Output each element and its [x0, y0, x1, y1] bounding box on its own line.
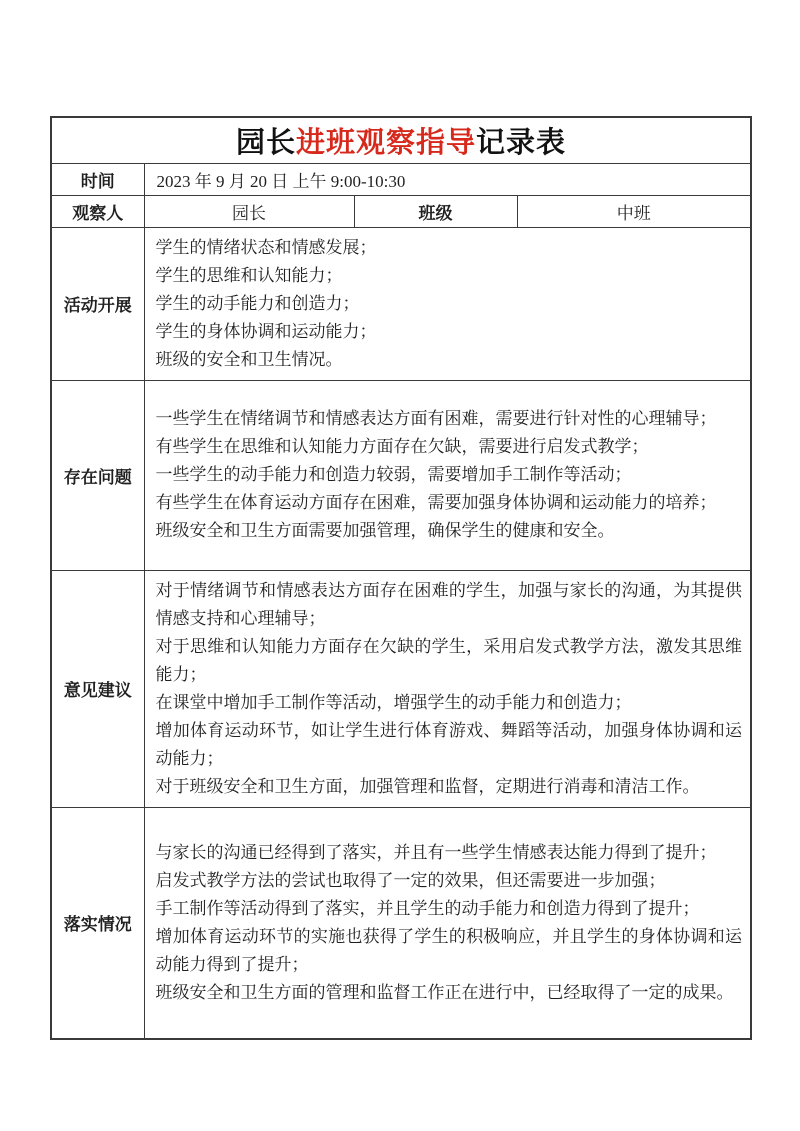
- content-line: 学生的身体协调和运动能力；: [156, 318, 743, 346]
- content-line: 对于班级安全和卫生方面，加强管理和监督，定期进行消毒和清洁工作。: [156, 773, 743, 801]
- content-line: 与家长的沟通已经得到了落实，并且有一些学生情感表达能力得到了提升；: [156, 839, 743, 867]
- content-line: 一些学生在情绪调节和情感表达方面有困难，需要进行针对性的心理辅导；: [156, 405, 743, 433]
- content-line: 对于情绪调节和情感表达方面存在困难的学生，加强与家长的沟通，为其提供情感支持和心…: [156, 577, 743, 633]
- content-line: 一些学生的动手能力和创造力较弱，需要增加手工制作等活动；: [156, 461, 743, 489]
- content-line: 在课堂中增加手工制作等活动，增强学生的动手能力和创造力；: [156, 689, 743, 717]
- section-activities: 活动开展 学生的情绪状态和情感发展； 学生的思维和认知能力； 学生的动手能力和创…: [51, 227, 751, 380]
- content-line: 启发式教学方法的尝试也取得了一定的效果，但还需要进一步加强；: [156, 867, 743, 895]
- content-line: 增加体育运动环节，如让学生进行体育游戏、舞蹈等活动，加强身体协调和运动能力；: [156, 717, 743, 773]
- section-content-activities: 学生的情绪状态和情感发展； 学生的思维和认知能力； 学生的动手能力和创造力； 学…: [144, 227, 751, 380]
- content-line: 班级的安全和卫生情况。: [156, 346, 743, 374]
- observer-label: 观察人: [51, 195, 144, 227]
- section-content-implementation: 与家长的沟通已经得到了落实，并且有一些学生情感表达能力得到了提升； 启发式教学方…: [144, 807, 751, 1039]
- time-label: 时间: [51, 163, 144, 195]
- content-line: 手工制作等活动得到了落实，并且学生的动手能力和创造力得到了提升；: [156, 895, 743, 923]
- document-page: 园长进班观察指导记录表 时间 2023 年 9 月 20 日 上午 9:00-1…: [0, 0, 800, 1131]
- title-row: 园长进班观察指导记录表: [51, 117, 751, 163]
- observation-record-table: 园长进班观察指导记录表 时间 2023 年 9 月 20 日 上午 9:00-1…: [50, 116, 752, 1040]
- time-value: 2023 年 9 月 20 日 上午 9:00-10:30: [144, 163, 751, 195]
- class-label: 班级: [354, 195, 517, 227]
- section-content-suggestions: 对于情绪调节和情感表达方面存在困难的学生，加强与家长的沟通，为其提供情感支持和心…: [144, 570, 751, 807]
- content-line: 学生的动手能力和创造力；: [156, 290, 743, 318]
- time-row: 时间 2023 年 9 月 20 日 上午 9:00-10:30: [51, 163, 751, 195]
- section-content-problems: 一些学生在情绪调节和情感表达方面有困难，需要进行针对性的心理辅导； 有些学生在思…: [144, 380, 751, 570]
- title-highlight: 进班观察指导: [296, 127, 476, 159]
- section-label-activities: 活动开展: [51, 227, 144, 380]
- content-line: 班级安全和卫生方面需要加强管理，确保学生的健康和安全。: [156, 517, 743, 545]
- content-line: 增加体育运动环节的实施也获得了学生的积极响应，并且学生的身体协调和运动能力得到了…: [156, 923, 743, 979]
- section-label-implementation: 落实情况: [51, 807, 144, 1039]
- content-line: 学生的思维和认知能力；: [156, 262, 743, 290]
- section-problems: 存在问题 一些学生在情绪调节和情感表达方面有困难，需要进行针对性的心理辅导； 有…: [51, 380, 751, 570]
- section-suggestions: 意见建议 对于情绪调节和情感表达方面存在困难的学生，加强与家长的沟通，为其提供情…: [51, 570, 751, 807]
- section-label-suggestions: 意见建议: [51, 570, 144, 807]
- content-line: 对于思维和认知能力方面存在欠缺的学生，采用启发式教学方法，激发其思维能力；: [156, 633, 743, 689]
- class-value: 中班: [517, 195, 751, 227]
- title-suffix: 记录表: [476, 127, 566, 159]
- content-line: 有些学生在体育运动方面存在困难，需要加强身体协调和运动能力的培养；: [156, 489, 743, 517]
- page-title: 园长进班观察指导记录表: [51, 117, 751, 163]
- content-line: 班级安全和卫生方面的管理和监督工作正在进行中，已经取得了一定的成果。: [156, 979, 743, 1007]
- content-line: 学生的情绪状态和情感发展；: [156, 234, 743, 262]
- title-prefix: 园长: [236, 127, 296, 159]
- observer-row: 观察人 园长 班级 中班: [51, 195, 751, 227]
- observer-value: 园长: [144, 195, 354, 227]
- section-implementation: 落实情况 与家长的沟通已经得到了落实，并且有一些学生情感表达能力得到了提升； 启…: [51, 807, 751, 1039]
- section-label-problems: 存在问题: [51, 380, 144, 570]
- content-line: 有些学生在思维和认知能力方面存在欠缺，需要进行启发式教学；: [156, 433, 743, 461]
